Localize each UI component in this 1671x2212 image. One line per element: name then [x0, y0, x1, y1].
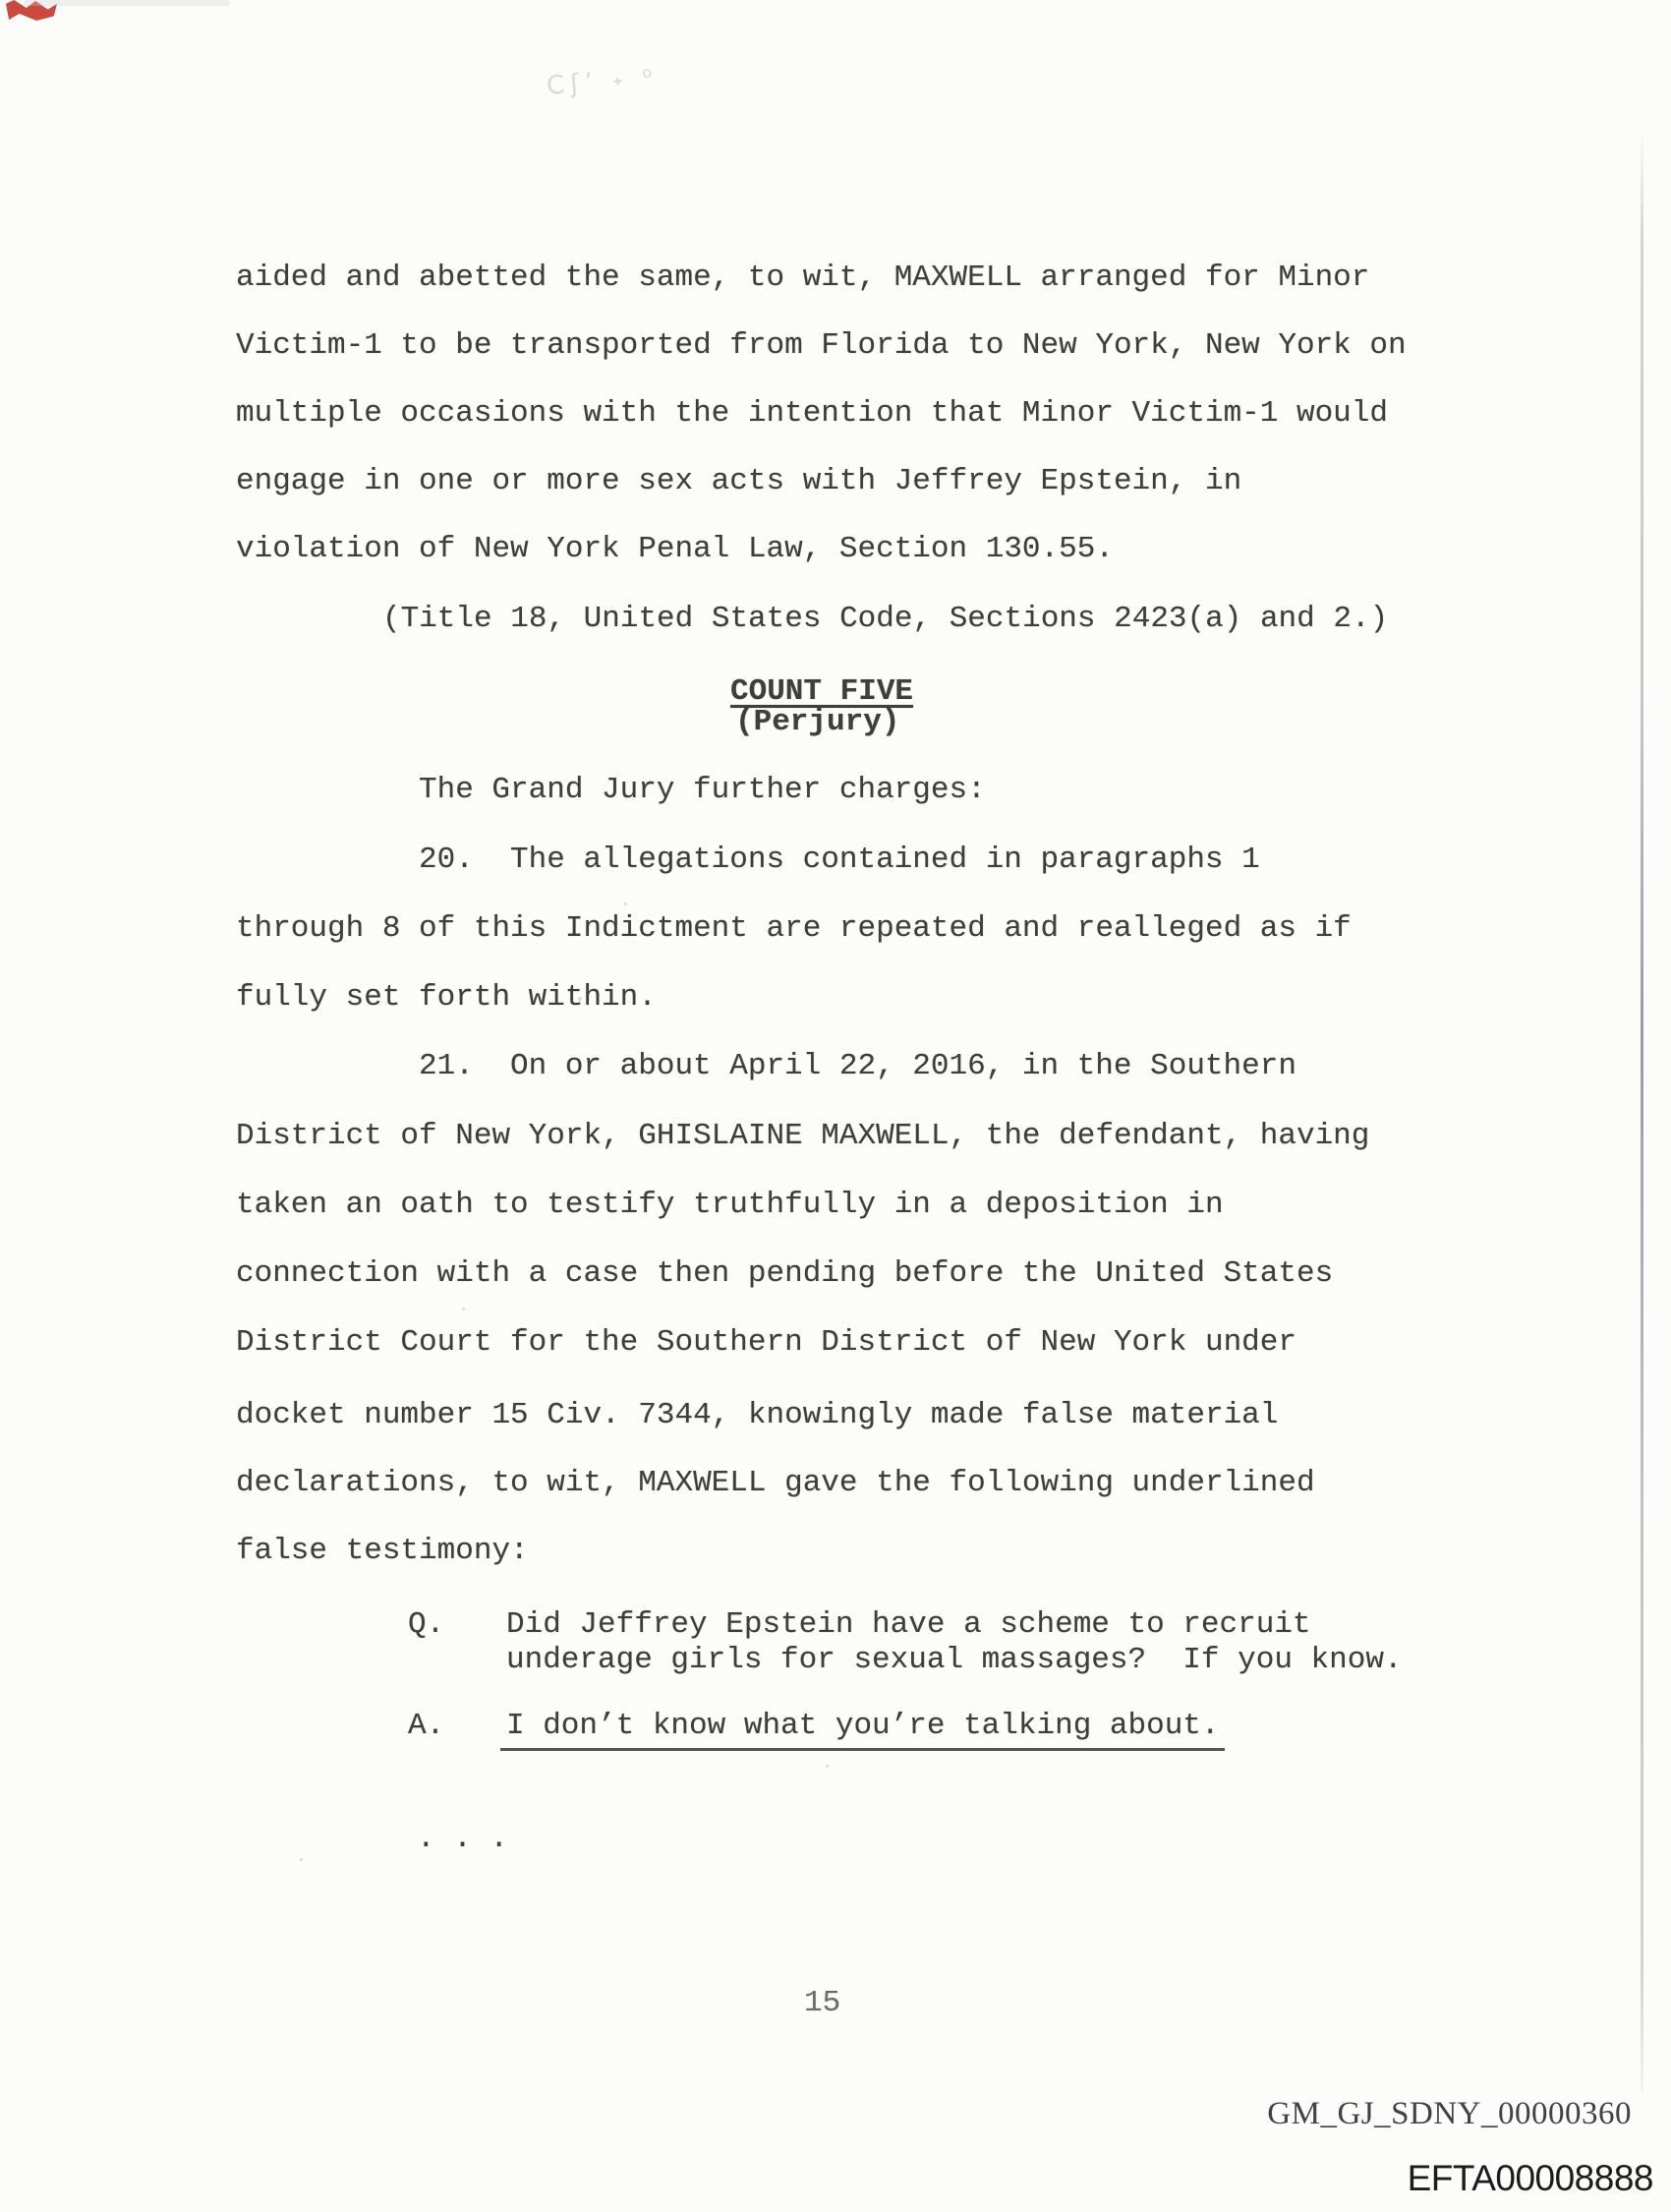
doc-line: underage girls for sexual massages? If y…	[506, 1645, 1403, 1676]
doc-line: 21. On or about April 22, 2016, in the S…	[419, 1051, 1296, 1082]
doc-line: (Title 18, United States Code, Sections …	[382, 604, 1388, 635]
page-number: 15	[804, 1988, 840, 2019]
doc-line: taken an oath to testify truthfully in a…	[236, 1190, 1224, 1221]
doc-line: aided and abetted the same, to wit, MAXW…	[236, 262, 1369, 294]
document-lines: aided and abetted the same, to wit, MAXW…	[0, 0, 1671, 2212]
doc-line: 20. The allegations contained in paragra…	[419, 844, 1260, 876]
doc-line: fully set forth within.	[236, 982, 657, 1014]
scanned-document-page: Ϲʃ’ ˖ ᵒ aided and abetted the same, to w…	[0, 0, 1671, 2212]
doc-line: false testimony:	[236, 1536, 529, 1567]
doc-line: (Perjury)	[735, 707, 899, 738]
bates-stamp-serif: GM_GJ_SDNY_00000360	[1267, 2097, 1632, 2130]
doc-line: engage in one or more sex acts with Jeff…	[236, 466, 1241, 497]
doc-line: docket number 15 Civ. 7344, knowingly ma…	[236, 1400, 1278, 1431]
paper-speck	[826, 1765, 829, 1768]
doc-line: . . .	[417, 1824, 508, 1855]
paper-speck	[624, 902, 627, 905]
doc-line: District of New York, GHISLAINE MAXWELL,…	[236, 1121, 1369, 1152]
doc-line: A.	[408, 1711, 444, 1742]
doc-line: District Court for the Southern District…	[236, 1327, 1296, 1359]
doc-line: Victim-1 to be transported from Florida …	[236, 330, 1407, 362]
paper-speck	[1081, 551, 1084, 553]
paper-speck	[462, 1308, 465, 1310]
doc-line: connection with a case then pending befo…	[236, 1258, 1333, 1290]
doc-line: multiple occasions with the intention th…	[236, 398, 1388, 430]
doc-line: COUNT FIVE	[730, 676, 913, 708]
doc-line: Q.	[408, 1609, 444, 1641]
doc-line: Did Jeffrey Epstein have a scheme to rec…	[506, 1609, 1311, 1641]
paper-speck	[578, 997, 582, 1001]
doc-line: The Grand Jury further charges:	[419, 775, 986, 806]
doc-line: through 8 of this Indictment are repeate…	[236, 913, 1352, 945]
paper-speck	[300, 1858, 303, 1861]
bates-stamp-sans: EFTA00008888	[1408, 2160, 1653, 2197]
doc-line: I don’t know what you’re talking about.	[500, 1711, 1225, 1751]
doc-line: declarations, to wit, MAXWELL gave the f…	[236, 1468, 1315, 1499]
doc-line: violation of New York Penal Law, Section…	[236, 534, 1114, 565]
